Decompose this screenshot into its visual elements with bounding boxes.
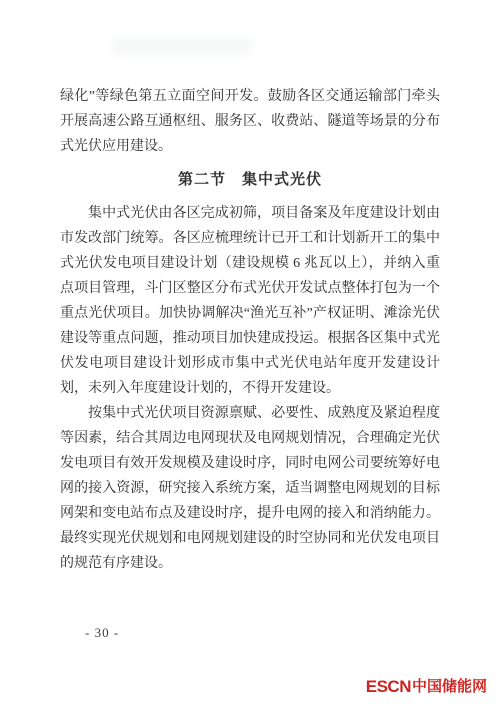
paragraph-continuation: 绿化”等绿色第五立面空间开发。鼓励各区交通运输部门牵头开展高速公路互通枢纽、服务… [60, 84, 440, 159]
escn-logo-latin: ESCN [366, 678, 411, 695]
section-heading: 第二节 集中式光伏 [60, 168, 440, 193]
paragraph: 按集中式光伏项目资源禀赋、必要性、成熟度及紧迫程度等因素，结合其周边电网现状及电… [60, 401, 440, 576]
document-page: 绿化”等绿色第五立面空间开发。鼓励各区交通运输部门牵头开展高速公路互通枢纽、服务… [0, 0, 500, 707]
paragraph: 集中式光伏由各区完成初筛，项目备案及年度建设计划由市发改部门统筹。各区应梳理统计… [60, 201, 440, 401]
escn-logo: ESCN 中国储能网 [366, 678, 487, 695]
bleed-through-ghost [112, 38, 252, 56]
page-number: - 30 - [85, 625, 119, 641]
page-content: 绿化”等绿色第五立面空间开发。鼓励各区交通运输部门牵头开展高速公路互通枢纽、服务… [60, 84, 440, 576]
escn-logo-chinese: 中国储能网 [412, 679, 487, 694]
